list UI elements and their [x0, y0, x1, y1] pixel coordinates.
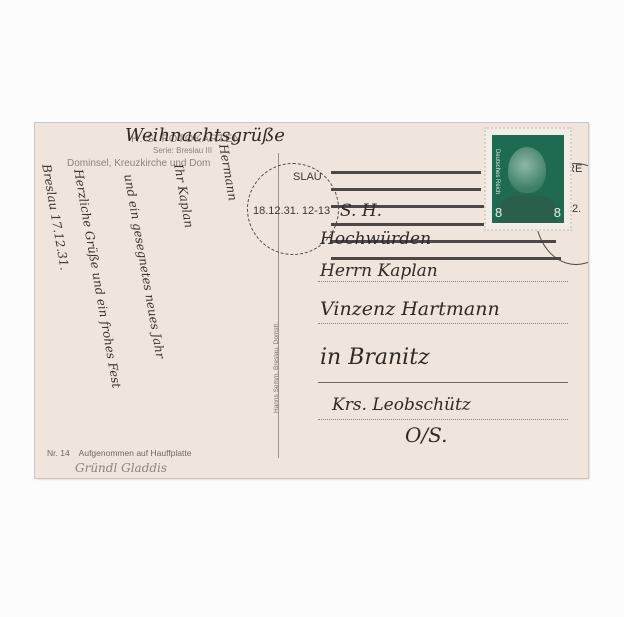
address-line-5: Krs. Leobschütz [332, 395, 471, 415]
address-line-1: Hochwürden [320, 229, 431, 249]
address-line-4: in Branitz [320, 345, 430, 370]
address-rule [318, 323, 568, 324]
address-line-0: S. H. [340, 201, 382, 221]
footer-number: Nr. 14 [47, 448, 70, 458]
address-rule [318, 382, 568, 383]
cancel-line [331, 188, 481, 191]
portrait-icon [508, 147, 546, 193]
publisher-vertical: Hanns Semm, Breslau, Domstr. [273, 322, 280, 413]
message-column-1: Breslau 17.12.31. [39, 163, 71, 271]
stamp-value-left: 8 [495, 205, 502, 220]
message-column-3: und ein gesegnetes neues Jahr [121, 173, 167, 360]
address-line-2: Herrn Kaplan [320, 261, 438, 281]
message-column-4: Ihr Kaplan [171, 163, 196, 229]
stamp-value-right: 8 [554, 205, 561, 220]
message-column-2: Herzliche Grüße und ein frohes Fest [71, 168, 123, 389]
subject-caption: Dominsel, Kreuzkirche und Dom [67, 158, 210, 169]
postcard: H. S. FOTOKARTEN Serie: Breslau III Domi… [35, 123, 588, 478]
footer-note: Aufgenommen auf Hauffplatte [79, 448, 192, 458]
message-column-5: Hermann [216, 143, 240, 202]
postmark-date: 18.12.31. 12-13 [253, 205, 330, 217]
address-line-3: Vinzenz Hartmann [320, 298, 500, 320]
postmark-city: SLAU [293, 171, 322, 183]
cancel-line [331, 171, 481, 174]
address-rule [318, 281, 568, 282]
postmark-date-2: 2. [572, 203, 581, 215]
address-line-6: O/S. [405, 423, 447, 447]
handwritten-top: Weihnachtsgrüße [125, 125, 285, 146]
footer-caption: Nr. 14 Aufgenommen auf Hauffplatte [47, 448, 191, 458]
stamp-country: Deutsches Reich [494, 149, 500, 194]
stamp-image: Deutsches Reich 8 8 [492, 135, 564, 223]
cancel-line [331, 257, 561, 260]
address-rule [318, 419, 568, 420]
cancel-line [331, 223, 496, 226]
faint-signature: Gründl Gladdis [75, 461, 167, 475]
series-label: Serie: Breslau III [153, 146, 212, 155]
postage-stamp: Deutsches Reich 8 8 [484, 127, 572, 231]
